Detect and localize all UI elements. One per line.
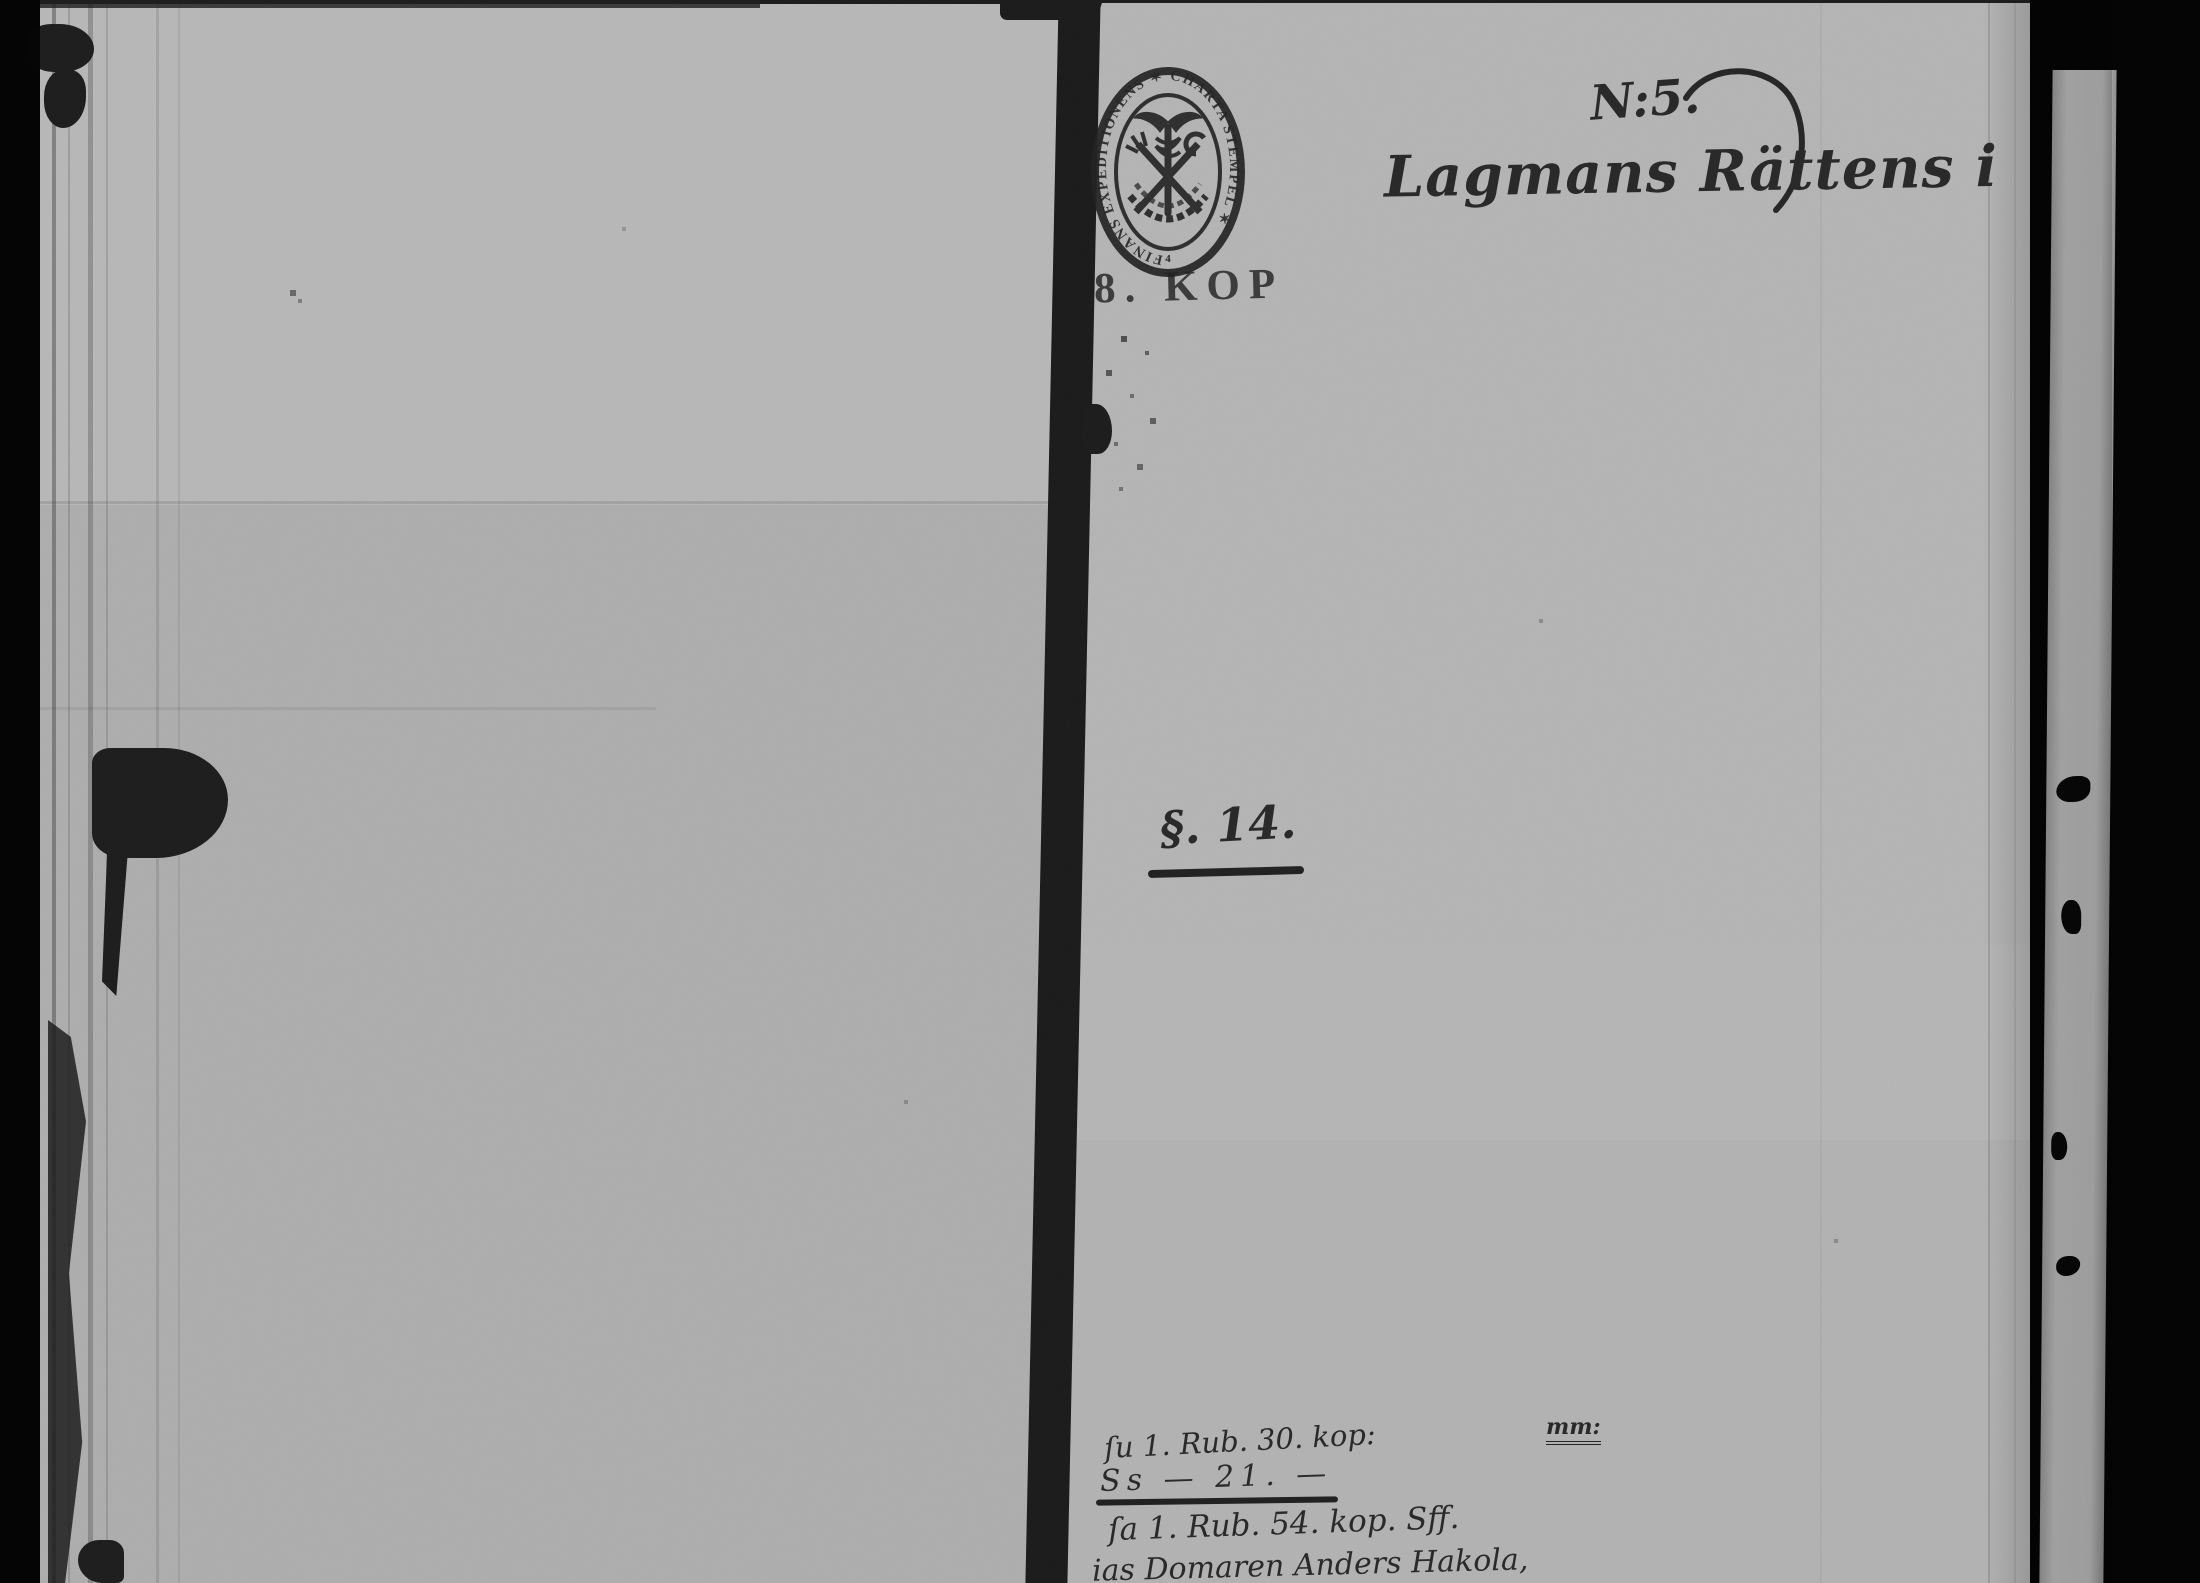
sliver-ink-fragment: [2056, 1256, 2080, 1276]
page-curvature-shadow: [1984, 3, 2030, 1583]
sliver-ink-fragment: [2061, 900, 2081, 934]
fold-line: [2014, 3, 2016, 1583]
fold-line: [1988, 3, 1990, 1583]
document-heading: Lagmans Rättens i: [1383, 132, 2024, 210]
sliver-ink-fragment: [2056, 776, 2090, 802]
page-top-edge-shadow: [40, 0, 760, 8]
charta-sigillata-seal: FINANS EXPEDITIONENS ✶ CHARTA STEMPEL ✶ …: [1068, 52, 1268, 294]
scan-band-seam: [40, 501, 1066, 504]
next-page-sliver: [2039, 70, 2116, 1583]
sliver-ink-fragment: [2051, 1132, 2067, 1160]
scan-band-seam: [40, 707, 656, 710]
binding-ink-blot: [28, 24, 94, 72]
paragraph-end-mark: mm:: [1546, 1414, 1601, 1445]
ink-specks: [0, 0, 2, 2]
scanned-book-opening: FINANS EXPEDITIONENS ✶ CHARTA STEMPEL ✶ …: [0, 0, 2200, 1583]
book-gutter-top: [1000, 0, 1102, 20]
fold-line: [1820, 3, 1822, 1583]
caduceus-emblem: [1126, 112, 1206, 219]
stamp-denomination: 8. KOP: [1093, 260, 1284, 314]
section-mark: §. 14.: [1159, 794, 1298, 855]
book-gutter-blot: [1082, 404, 1112, 454]
binding-ink-blot: [78, 1540, 124, 1583]
